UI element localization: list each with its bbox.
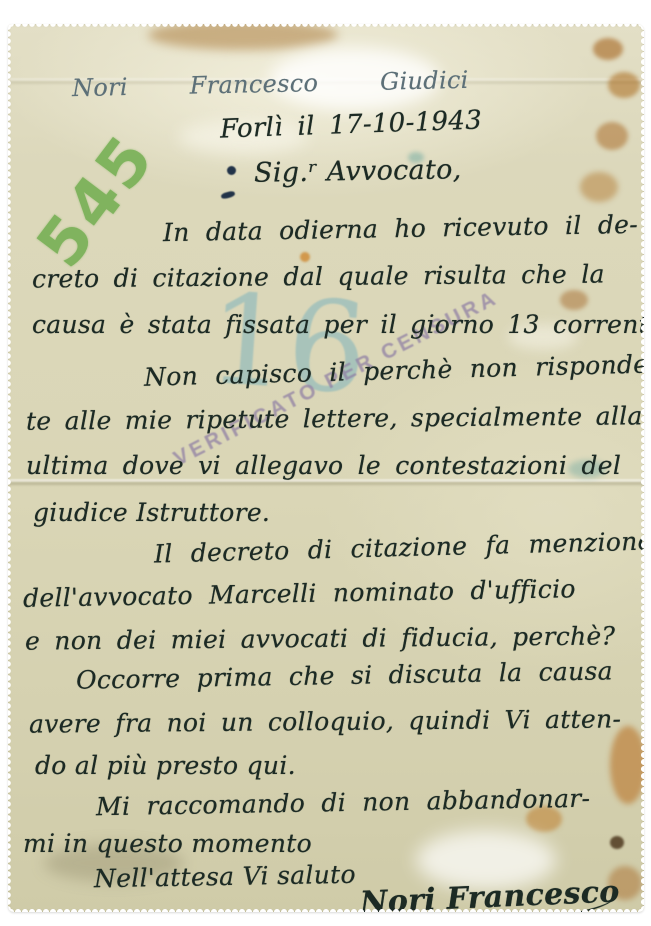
rust-stain — [593, 38, 623, 60]
rust-stain — [596, 122, 628, 150]
handwritten-line: avere fra noi un colloquio, quindi Vi at… — [29, 704, 621, 738]
rust-stain — [580, 172, 618, 202]
rust-stain — [560, 290, 588, 310]
rust-stain — [148, 24, 338, 50]
handwritten-line: In data odierna ho ricevuto il de- — [163, 210, 638, 247]
handwritten-line: Mi raccomando di non abbandonar- — [96, 784, 591, 822]
signature: Nori Francesco — [359, 874, 620, 912]
handwritten-line: mi in questo momento — [23, 829, 312, 858]
ink-speck — [227, 166, 236, 175]
closing-line: Nell'attesa Vi saluto — [94, 860, 356, 894]
handwritten-line: do al più presto qui. — [35, 751, 296, 780]
handwritten-line: te alle mie ripetute lettere, specialmen… — [26, 401, 643, 435]
handwritten-line: e non dei miei avvocati di fiducia, perc… — [25, 621, 615, 655]
handwritten-line: dell'avvocato Marcelli nominato d'uffici… — [23, 574, 576, 613]
ink-stain — [610, 836, 624, 849]
ink-speck — [220, 190, 235, 199]
handwritten-line: causa è stata fissata per il giorno 13 c… — [32, 310, 644, 339]
perforated-edge-left — [8, 24, 13, 912]
archive-number: 545 — [23, 121, 170, 282]
handwritten-line: Occorre prima che si discuta la causa — [76, 656, 613, 694]
letter-card: 16 VERIFICATO PER CENSURA 545 Nori Franc… — [8, 24, 644, 912]
photo-background: { "letter": { "archive_number": "545", "… — [0, 0, 651, 926]
handwritten-line: giudice Istruttore. — [33, 498, 270, 527]
handwritten-line: Il decreto di citazione fa menzione — [154, 526, 644, 568]
handwritten-line: creto di citazione dal quale risulta che… — [32, 260, 605, 294]
perforated-edge-top — [8, 24, 644, 29]
salutation: Sig.ʳ Avvocato, — [254, 154, 462, 189]
perforated-edge-right — [638, 24, 644, 912]
rust-stain — [610, 726, 644, 804]
handwritten-line: ultima dove vi allegavo le contestazioni… — [26, 451, 621, 480]
rust-stain — [300, 252, 310, 262]
header-annotation: Nori Francesco Giudici — [72, 66, 469, 102]
rust-stain — [608, 72, 640, 98]
dateline: Forlì il 17-10-1943 — [220, 105, 483, 144]
